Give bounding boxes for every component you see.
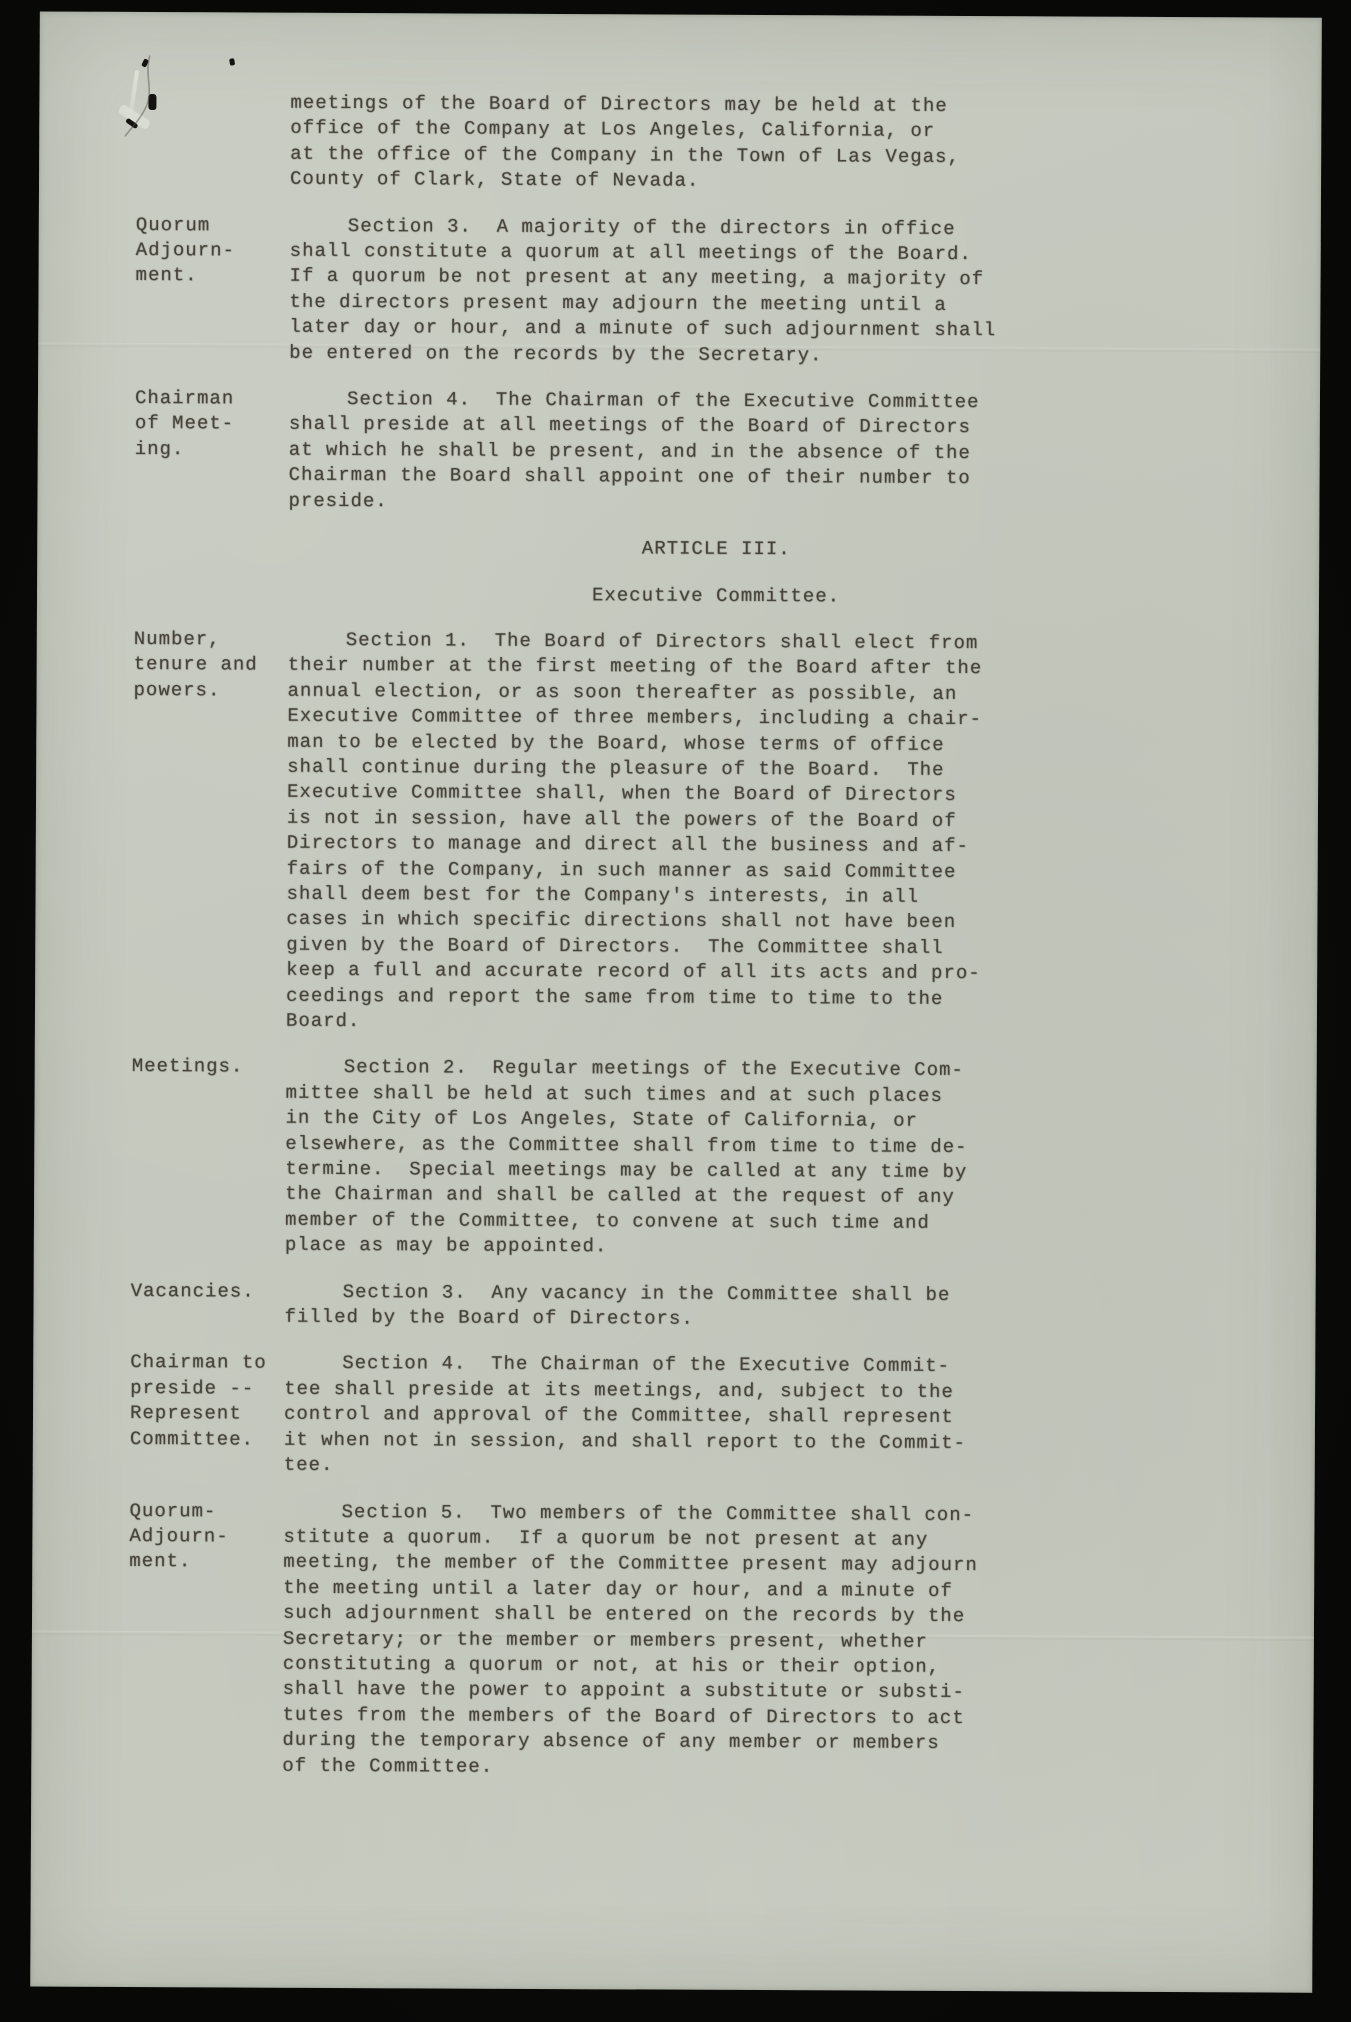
label-line: Adjourn- — [129, 1524, 279, 1550]
label-line: Quorum- — [129, 1498, 279, 1524]
text-line: later day or hour, and a minute of such … — [289, 315, 1009, 344]
text-line: control and approval of the Committee, s… — [284, 1402, 1004, 1431]
text-line: it when not in session, and shall report… — [284, 1427, 1004, 1456]
text-line: is not in session, have all the powers o… — [287, 805, 1007, 834]
text-line: be entered on the records by the Secreta… — [289, 340, 1009, 369]
text-line: in the City of Los Angeles, State of Cal… — [285, 1106, 1005, 1135]
article-heading: ARTICLE III. — [288, 535, 1008, 564]
section-number-tenure-powers-side-label: Number,tenure andpowers. — [133, 627, 283, 704]
document-page: meetings of the Board of Directors may b… — [30, 12, 1322, 1993]
section-quorum-adjournment-board-text: Section 3. A majority of the directors i… — [289, 213, 1010, 369]
text-line: constituting a quorum or not, at his or … — [283, 1652, 1003, 1681]
text-line: of the Committee. — [282, 1753, 1002, 1782]
text-line: Board. — [286, 1009, 1006, 1038]
text-line: at which he shall be present, and in the… — [289, 438, 1009, 467]
heading-text: ARTICLE III. — [642, 538, 791, 561]
text-line: shall deem best for the Company's intere… — [286, 882, 1006, 911]
label-line: Chairman to — [130, 1350, 280, 1376]
label-line: powers. — [133, 678, 283, 704]
text-line: Section 1. The Board of Directors shall … — [288, 628, 1008, 657]
text-line: fairs of the Company, in such manner as … — [287, 856, 1007, 885]
text-line: mittee shall be held at such times and a… — [286, 1081, 1006, 1110]
text-line: Section 3. A majority of the directors i… — [290, 213, 1010, 242]
text-line: place as may be appointed. — [285, 1233, 1005, 1262]
scan-background: meetings of the Board of Directors may b… — [0, 0, 1351, 2022]
label-line: ment. — [136, 263, 286, 289]
text-line: termine. Special meetings may be called … — [285, 1157, 1005, 1186]
text-line: such adjournment shall be entered on the… — [283, 1601, 1003, 1630]
text-line: cases in which specific directions shall… — [286, 907, 1006, 936]
continuation-paragraph: meetings of the Board of Directors may b… — [290, 91, 1010, 196]
text-line: If a quorum be not present at any meetin… — [290, 264, 1010, 293]
page-content: meetings of the Board of Directors may b… — [31, 12, 1322, 1805]
text-line: Section 5. Two members of the Committee … — [283, 1499, 1003, 1528]
section-vacancies: Vacancies.Section 3. Any vacancy in the … — [284, 1279, 1004, 1333]
section-meetings: Meetings.Section 2. Regular meetings of … — [285, 1055, 1006, 1262]
section-vacancies-side-label: Vacancies. — [131, 1279, 281, 1305]
section-chairman-of-meeting-side-label: Chairmanof Meet-ing. — [135, 386, 285, 463]
section-quorum-adjournment-committee-text: Section 5. Two members of the Committee … — [282, 1499, 1003, 1782]
label-line: ing. — [135, 437, 285, 463]
text-line: tee shall preside at its meetings, and, … — [284, 1377, 1004, 1406]
label-line: Quorum — [136, 213, 286, 239]
label-line: Chairman — [135, 386, 285, 412]
text-line: Section 3. Any vacancy in the Committee … — [285, 1279, 1005, 1308]
section-quorum-adjournment-committee-side-label: Quorum-Adjourn-ment. — [129, 1498, 279, 1575]
text-line: at the office of the Company in the Town… — [290, 142, 1010, 171]
text-line: ceedings and report the same from time t… — [286, 983, 1006, 1012]
continuation-paragraph-text: meetings of the Board of Directors may b… — [290, 91, 1010, 196]
text-line: annual election, or as soon thereafter a… — [287, 678, 1007, 707]
text-line: elsewhere, as the Committee shall from t… — [285, 1131, 1005, 1160]
text-line: Section 2. Regular meetings of the Execu… — [286, 1055, 1006, 1084]
text-line: shall preside at all meetings of the Boa… — [289, 412, 1009, 441]
section-quorum-adjournment-board-side-label: QuorumAdjourn-ment. — [136, 213, 286, 290]
text-line: meeting, the member of the Committee pre… — [283, 1550, 1003, 1579]
text-line: the meeting until a later day or hour, a… — [283, 1575, 1003, 1604]
heading-text: Executive Committee. — [592, 584, 840, 607]
section-number-tenure-powers: Number,tenure andpowers.Section 1. The B… — [286, 628, 1008, 1038]
text-line: the Chairman and shall be called at the … — [285, 1182, 1005, 1211]
label-line: Vacancies. — [131, 1279, 281, 1305]
section-number-tenure-powers-text: Section 1. The Board of Directors shall … — [286, 628, 1008, 1038]
text-line: preside. — [288, 488, 1008, 517]
text-line: office of the Company at Los Angeles, Ca… — [290, 116, 1010, 145]
text-line: shall constitute a quorum at all meeting… — [290, 239, 1010, 268]
section-quorum-adjournment-committee: Quorum-Adjourn-ment.Section 5. Two membe… — [282, 1499, 1003, 1782]
text-line: County of Clark, State of Nevada. — [290, 167, 1010, 196]
section-meetings-text: Section 2. Regular meetings of the Execu… — [285, 1055, 1006, 1262]
text-line: Executive Committee shall, when the Boar… — [287, 780, 1007, 809]
text-line: the directors present may adjourn the me… — [289, 290, 1009, 319]
text-line: shall continue during the pleasure of th… — [287, 755, 1007, 784]
text-line: Section 4. The Chairman of the Executive… — [289, 387, 1009, 416]
section-meetings-side-label: Meetings. — [132, 1054, 282, 1080]
label-line: of Meet- — [135, 411, 285, 437]
text-line: given by the Board of Directors. The Com… — [286, 933, 1006, 962]
text-line: their number at the first meeting of the… — [288, 653, 1008, 682]
text-line: stitute a quorum. If a quorum be not pre… — [283, 1525, 1003, 1554]
label-line: Meetings. — [132, 1054, 282, 1080]
section-chairman-to-preside-side-label: Chairman topreside --RepresentCommittee. — [130, 1350, 280, 1452]
section-quorum-adjournment-board: QuorumAdjourn-ment.Section 3. A majority… — [289, 213, 1010, 369]
section-chairman-of-meeting-text: Section 4. The Chairman of the Executive… — [288, 387, 1009, 518]
text-line: member of the Committee, to convene at s… — [285, 1208, 1005, 1237]
label-line: Committee. — [130, 1427, 280, 1453]
label-line: Adjourn- — [136, 238, 286, 264]
label-line: ment. — [129, 1549, 279, 1575]
text-line: Section 4. The Chairman of the Executive… — [284, 1351, 1004, 1380]
text-line: man to be elected by the Board, whose te… — [287, 729, 1007, 758]
text-line: Chairman the Board shall appoint one of … — [289, 463, 1009, 492]
label-line: Represent — [130, 1401, 280, 1427]
section-chairman-to-preside: Chairman topreside --RepresentCommittee.… — [284, 1351, 1005, 1482]
text-line: during the temporary absence of any memb… — [282, 1728, 1002, 1757]
text-line: Executive Committee of three members, in… — [287, 704, 1007, 733]
text-line: shall have the power to appoint a substi… — [283, 1677, 1003, 1706]
article-subheading: Executive Committee. — [288, 581, 1008, 610]
text-line: Secretary; or the member or members pres… — [283, 1626, 1003, 1655]
text-line: meetings of the Board of Directors may b… — [290, 91, 1010, 120]
text-line: keep a full and accurate record of all i… — [286, 958, 1006, 987]
text-line: tee. — [284, 1453, 1004, 1482]
text-line: filled by the Board of Directors. — [284, 1305, 1004, 1334]
text-line: Directors to manage and direct all the b… — [287, 831, 1007, 860]
text-line: tutes from the members of the Board of D… — [282, 1702, 1002, 1731]
label-line: preside -- — [130, 1376, 280, 1402]
label-line: Number, — [134, 627, 284, 653]
section-vacancies-text: Section 3. Any vacancy in the Committee … — [284, 1279, 1004, 1333]
section-chairman-to-preside-text: Section 4. The Chairman of the Executive… — [284, 1351, 1005, 1482]
label-line: tenure and — [134, 652, 284, 678]
section-chairman-of-meeting: Chairmanof Meet-ing.Section 4. The Chair… — [288, 387, 1009, 518]
